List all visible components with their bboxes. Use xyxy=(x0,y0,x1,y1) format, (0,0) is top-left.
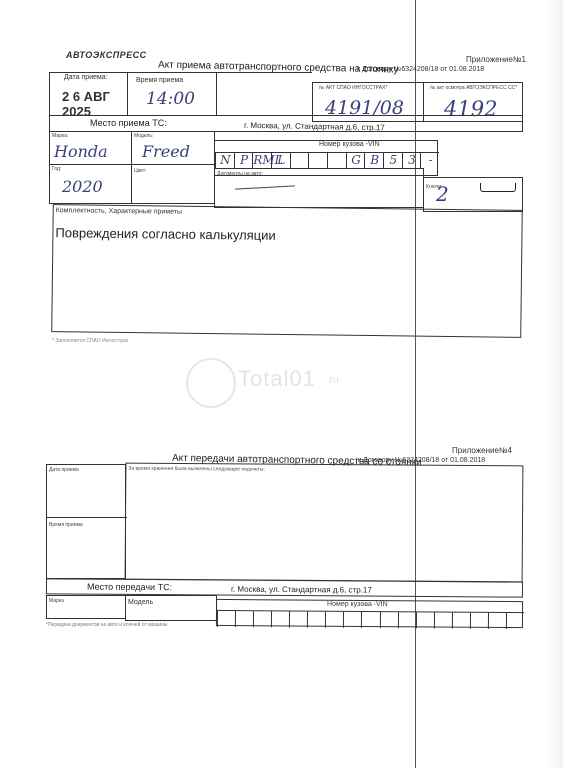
vin-char-box: - xyxy=(420,153,440,169)
vin-char-box xyxy=(343,612,362,628)
vin-char-box: G xyxy=(346,153,366,169)
vin-char-box xyxy=(506,613,525,629)
model-cell: Модель: Freed xyxy=(131,131,215,165)
vin-label-2: Номер кузова -VIN xyxy=(327,601,388,608)
date-time-column: Дата приема Время приема xyxy=(46,464,126,579)
car-logo-icon xyxy=(186,358,236,408)
place-value: г. Москва, ул. Стандартная д.6, стр.17 xyxy=(244,121,385,132)
vin-char-box xyxy=(307,612,326,628)
brand-cell: Марка: Honda xyxy=(49,131,132,165)
vin-char-box xyxy=(290,153,310,169)
keys-cell: Ключи: 2 xyxy=(423,177,523,212)
vin-cell-2: Номер кузова -VIN xyxy=(216,599,523,628)
vin-char-box xyxy=(327,153,347,169)
model-value: Freed xyxy=(142,142,190,161)
vin-char-box xyxy=(325,612,344,628)
docs-cell: Документы на авто: xyxy=(214,168,424,208)
time-label-2: Время приема xyxy=(49,522,83,528)
vin-char-box xyxy=(434,612,453,628)
defects-label: За время хранения были выявлены следующи… xyxy=(128,466,265,473)
autoexpress-label: № акт осмотра АВТОЭКСПРЕСС СС* xyxy=(430,85,517,91)
place-label-2: Место передачи ТС: xyxy=(87,582,172,593)
vin-char-box xyxy=(308,153,328,169)
vin-char-box: L xyxy=(271,153,291,169)
blank-cell xyxy=(216,72,312,116)
docs-dash xyxy=(235,185,295,189)
vin-char-box xyxy=(379,612,398,628)
model-label: Модель: xyxy=(134,133,153,139)
defects-box: За время хранения были выявлены следующи… xyxy=(125,463,524,583)
keys-bracket xyxy=(480,183,516,192)
completeness-value: Повреждения согласно калькуляции xyxy=(55,225,275,243)
vin-boxes-2 xyxy=(217,611,524,629)
vin-char-box: B xyxy=(364,153,384,169)
keys-value: 2 xyxy=(436,182,449,206)
place-value-2: г. Москва, ул. Стандартная д.6, стр.17 xyxy=(231,585,372,595)
brand-value: Honda xyxy=(54,142,108,161)
completeness-box: Комплектность, Характерные приметы Повре… xyxy=(51,204,523,338)
vin-char-box xyxy=(452,613,471,629)
appendix-label-2: Приложение№4 xyxy=(452,446,512,455)
color-cell: Цвет: xyxy=(131,164,215,204)
brand-cell-2: Марка xyxy=(46,595,126,619)
vin-char-box xyxy=(416,612,435,628)
date-label-2: Дата приема xyxy=(49,467,79,473)
vin-char-box xyxy=(271,611,290,627)
place-label: Место приема ТС: xyxy=(90,118,167,128)
vin-char-box: RML xyxy=(252,153,272,169)
brand-label: Марка: xyxy=(52,133,68,139)
appendix-label: Приложение№1 xyxy=(466,55,526,64)
footnote-2: *Передача документов на авто и ключей от… xyxy=(46,622,168,628)
brand-label-2: Марка xyxy=(49,598,64,604)
vin-char-box xyxy=(217,611,236,627)
vin-char-box xyxy=(289,611,308,627)
vin-char-box: N xyxy=(215,153,235,169)
vin-char-box: P xyxy=(234,153,254,169)
year-value: 2020 xyxy=(62,177,103,196)
vin-label: Номер кузова -VIN xyxy=(319,141,380,148)
time-value: 14:00 xyxy=(146,89,195,109)
model-cell-2: Модель xyxy=(125,595,217,621)
year-cell: Год: 2020 xyxy=(49,164,132,204)
vin-char-box: 5 xyxy=(383,153,403,169)
time-label: Время приема xyxy=(136,77,183,84)
date-cell: Дата приема: 2 6 АВГ 2025 xyxy=(49,72,128,116)
watermark-text: Total01 xyxy=(238,366,316,392)
vin-char-box xyxy=(488,613,507,629)
completeness-label: Комплектность, Характерные приметы xyxy=(56,207,182,216)
model-label-2: Модель xyxy=(128,599,153,606)
vin-char-box: 3 xyxy=(402,153,422,169)
vin-char-box xyxy=(235,611,254,627)
year-label: Год: xyxy=(52,166,61,172)
logo: АВТОЭКСПРЕСС xyxy=(66,50,147,60)
time-cell: Время приема 14:00 xyxy=(127,72,217,116)
vin-char-box xyxy=(361,612,380,628)
date-label: Дата приема: xyxy=(64,74,108,81)
color-label: Цвет: xyxy=(134,168,147,174)
vin-char-box xyxy=(470,613,489,629)
watermark-suffix: .ru xyxy=(326,374,339,386)
footnote-1: * Заполняется СПАО Ингосстрах xyxy=(52,338,128,344)
vin-char-box xyxy=(397,612,416,628)
docs-label: Документы на авто: xyxy=(217,171,263,177)
vin-char-box xyxy=(253,611,272,627)
place-row: Место приема ТС: г. Москва, ул. Стандарт… xyxy=(49,115,523,132)
spao-label: № АКТ СПАО ИНГОССТРАХ* xyxy=(319,85,387,91)
scan-edge xyxy=(545,0,563,768)
